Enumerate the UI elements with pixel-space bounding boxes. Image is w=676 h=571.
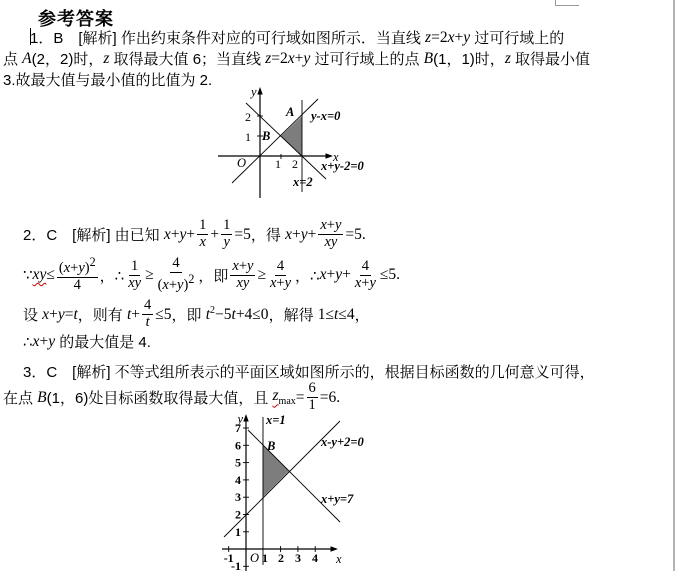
point-b-label: B <box>261 129 270 143</box>
fraction-denominator: (x+y)2 <box>156 273 197 294</box>
fraction-denominator: xy <box>126 276 143 292</box>
text-line: 2．C [解析] 由已知 x+y+1x+1y=5，得 x+y+x+yxy=5. <box>3 216 636 253</box>
text-run: 的最大值是 4. <box>55 331 151 352</box>
math-run: =6. <box>320 389 340 407</box>
text-run: ， <box>355 304 370 325</box>
x-tick-label-2: 2 <box>278 551 284 565</box>
math-run: x+y+ <box>285 226 316 244</box>
x-tick-label-4: 4 <box>312 551 318 565</box>
x-tick-label-1: 1 <box>262 551 268 565</box>
math-run: 1≤t≤4 <box>318 306 355 324</box>
origin-label: O <box>237 156 246 170</box>
text-run: 取得最大值 6；当直线 <box>109 48 265 69</box>
math-run: zmax <box>272 387 295 407</box>
text-run: 点 <box>3 48 22 69</box>
math-run: z=2x+y <box>265 50 310 68</box>
math-run: x+y <box>33 333 56 351</box>
fraction-numerator: x+y <box>318 218 343 235</box>
x-tick-label-3: 3 <box>295 551 301 565</box>
fraction: 1y <box>221 218 232 251</box>
text-line: 点 A(2，2)时，z 取得最大值 6；当直线 z=2x+y 过可行域上的点 B… <box>3 48 636 69</box>
text-run: (2，2)时， <box>32 48 104 69</box>
text-line: 3．C [解析] 不等式组所表示的平面区域如图所示的，根据目标函数的几何意义可得… <box>3 360 636 382</box>
x-tick-label-1: 1 <box>275 157 281 171</box>
text-line: ∴x+y 的最大值是 4. <box>3 332 636 351</box>
text-line: ∵xy≤(x+y)24，∴1xy≥4(x+y)2，即x+yxy≥4x+y，∴x+… <box>3 253 636 297</box>
text-run: 在点 <box>3 387 37 408</box>
fraction: 4x+y <box>353 259 378 292</box>
math-run: =5 <box>234 226 251 244</box>
fraction-denominator: y <box>222 235 232 251</box>
y-tick-label-1: 1 <box>235 525 241 539</box>
fraction: 4(x+y)2 <box>156 256 197 294</box>
shaded-region <box>281 116 302 156</box>
x-tick-label-neg1: -1 <box>224 551 234 565</box>
y-tick-label-7: 7 <box>235 421 241 435</box>
math-run: t+ <box>127 306 140 324</box>
text-run: ∵ <box>23 266 33 284</box>
fraction-denominator: xy <box>322 235 339 251</box>
text-run: 过可行域上的点 <box>310 48 423 69</box>
fraction-numerator: 4 <box>360 259 371 276</box>
math-run: ≤5 <box>155 306 171 324</box>
text-run: ，解得 <box>269 304 318 325</box>
math-run: B <box>37 389 46 407</box>
point-b-label: B <box>266 439 275 453</box>
math-run: A <box>22 50 31 68</box>
label-line-x-1: x=1 <box>265 413 286 427</box>
fraction: x+yxy <box>230 259 255 292</box>
point-a-label: A <box>285 105 294 119</box>
text-run: ，∴ <box>100 265 125 286</box>
fraction: x+yxy <box>318 218 343 251</box>
text-run: ，得 <box>251 224 285 245</box>
y-tick-label-2: 2 <box>235 508 241 522</box>
text-run: ，∴ <box>295 265 320 286</box>
label-line-x-y-2-0: x+y-2=0 <box>320 159 364 173</box>
math-run: x+y+ <box>320 266 351 284</box>
fraction-numerator: 1 <box>197 218 208 235</box>
text-run: 3.故最大值与最小值的比值为 2. <box>3 69 212 90</box>
text-run: ，即 <box>172 304 206 325</box>
x-axis-arrow <box>326 153 334 158</box>
x-axis-arrow <box>331 546 339 551</box>
math-run: x+y+ <box>164 226 195 244</box>
answer-2-paragraph[interactable]: 2．C [解析] 由已知 x+y+1x+1y=5，得 x+y+x+yxy=5.∵… <box>3 216 636 351</box>
fraction-denominator: t <box>144 315 152 331</box>
fraction: 1x <box>197 218 208 251</box>
fraction-numerator: x+y <box>230 259 255 276</box>
math-run: z=2x+y <box>425 29 470 47</box>
math-run: + <box>210 226 219 244</box>
math-run: t2−5t+4≤0 <box>206 305 269 324</box>
y-tick-label-6: 6 <box>235 438 241 452</box>
text-line: 设 x+y=t，则有 t+4t≤5，即 t2−5t+4≤0，解得 1≤t≤4， <box>3 297 636 332</box>
label-line-x-y-2-0: x-y+2=0 <box>320 435 364 449</box>
y-axis-label: y <box>249 85 257 99</box>
y-axis-arrow <box>257 87 262 95</box>
x-axis-label: x <box>335 552 342 566</box>
text-run: (1，6)处目标函数取得最大值，且 <box>47 387 273 408</box>
feasible-region-graph-2: y x O 7 6 5 4 3 2 1 -1 -1 1 2 3 4 B x=1 … <box>195 413 445 571</box>
page-right-border <box>673 0 675 571</box>
math-run: = <box>296 389 305 407</box>
text-run: ，则有 <box>78 304 127 325</box>
fraction-denominator: xy <box>234 276 251 292</box>
y-tick-label-2: 2 <box>245 110 251 124</box>
text-run: 设 <box>23 304 42 325</box>
label-line-x-2: x=2 <box>292 175 313 189</box>
clipped-ui-corner-mark <box>555 0 579 6</box>
feasible-region-graph-1: y x O 1 2 2 1 A B y-x=0 x+y-2=0 x=2 <box>208 85 393 205</box>
fraction-denominator: x <box>198 235 208 251</box>
fraction: 4t <box>142 298 153 331</box>
fraction: 61 <box>307 381 318 414</box>
fraction-numerator: 6 <box>307 381 318 398</box>
fraction-denominator: x+y <box>268 276 293 292</box>
y-tick-label-1: 1 <box>245 130 251 144</box>
text-run: 2．C [解析] 由已知 <box>23 224 164 245</box>
math-run: ≤5. <box>380 266 400 284</box>
text-run: 取得最小值 <box>511 48 590 69</box>
math-run: ≥ <box>257 266 266 284</box>
fraction-numerator: 4 <box>170 256 181 273</box>
math-run: x+y=t <box>42 306 78 324</box>
text-run: 1．B [解析] 作出约束条件对应的可行域如图所示．当直线 <box>30 27 425 48</box>
label-line-y-x-0: y-x=0 <box>309 109 341 123</box>
text-run: 3．C [解析] 不等式组所表示的平面区域如图所示的，根据目标函数的几何意义可得… <box>23 361 595 382</box>
fraction-numerator: 1 <box>221 218 232 235</box>
text-run: ，即 <box>198 265 228 286</box>
math-run: ≤ <box>46 266 55 284</box>
text-run: (1，1)时， <box>433 48 505 69</box>
y-tick-label-5: 5 <box>235 456 241 470</box>
fraction: 1xy <box>126 259 143 292</box>
fraction-numerator: 4 <box>275 259 286 276</box>
text-run: 过可行域上的 <box>470 27 564 48</box>
math-run: B <box>424 50 433 68</box>
text-line: 在点 B(1，6)处目标函数取得最大值，且 zmax=61=6. <box>3 382 636 413</box>
origin-label: O <box>250 551 259 565</box>
fraction-denominator: x+y <box>353 276 378 292</box>
answer-3-paragraph[interactable]: 3．C [解析] 不等式组所表示的平面区域如图所示的，根据目标函数的几何意义可得… <box>3 360 636 413</box>
fraction-denominator: 4 <box>72 278 83 294</box>
fraction-numerator: 4 <box>142 298 153 315</box>
fraction-numerator: 1 <box>129 259 140 276</box>
math-run: =5. <box>345 226 365 244</box>
y-tick-label-3: 3 <box>235 490 241 504</box>
y-tick-label-4: 4 <box>235 473 241 487</box>
math-run: ≥ <box>145 266 154 284</box>
label-line-x-y-7: x+y=7 <box>320 492 354 506</box>
fraction-numerator: (x+y)2 <box>57 256 98 278</box>
fraction-denominator: 1 <box>307 398 318 414</box>
y-axis-arrow <box>243 414 248 422</box>
document-page[interactable]: { "page": { "title": "参考答案" }, "answers"… <box>0 0 676 571</box>
math-run: xy <box>33 266 47 284</box>
fraction: 4x+y <box>268 259 293 292</box>
fraction: (x+y)24 <box>57 256 98 294</box>
text-line: 1．B [解析] 作出约束条件对应的可行域如图所示．当直线 z=2x+y 过可行… <box>3 27 636 48</box>
text-run: ∴ <box>23 333 33 351</box>
answer-1-paragraph[interactable]: 1．B [解析] 作出约束条件对应的可行域如图所示．当直线 z=2x+y 过可行… <box>3 27 636 90</box>
x-tick-label-2: 2 <box>292 157 298 171</box>
